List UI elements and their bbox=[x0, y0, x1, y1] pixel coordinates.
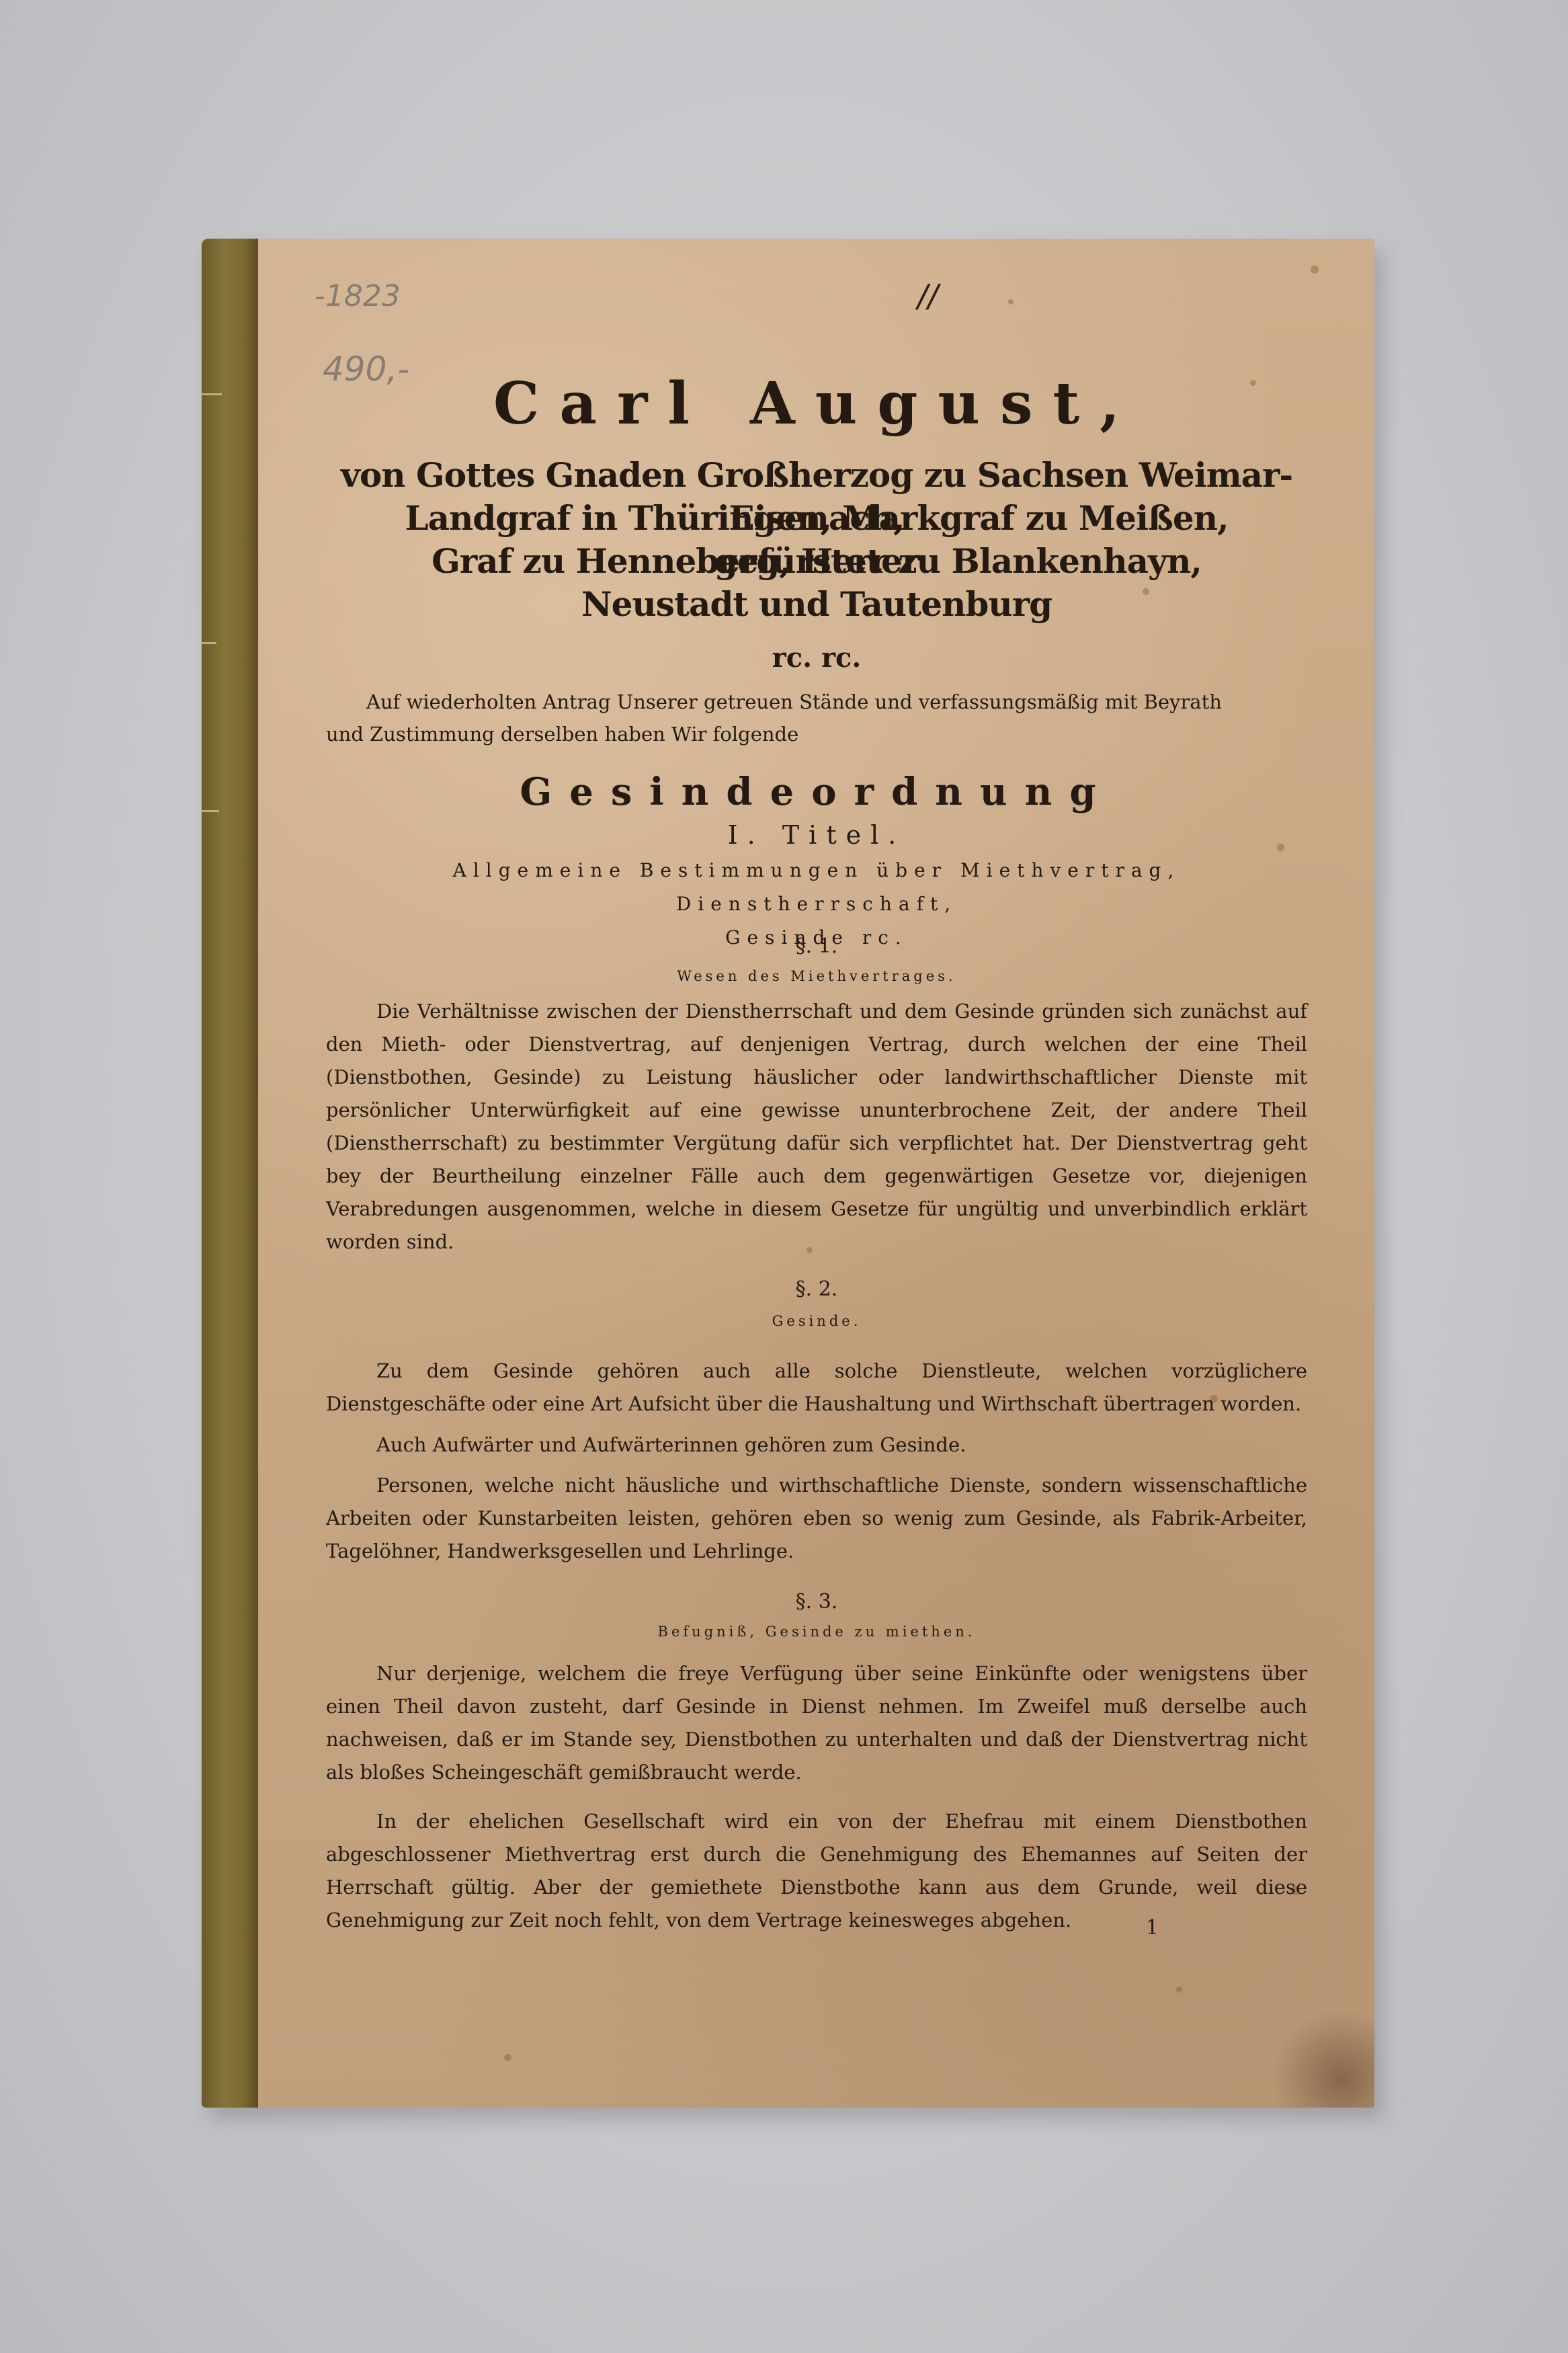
preamble: Auf wiederholten Antrag Unserer getreuen… bbox=[326, 686, 1307, 750]
section-3-heading: Befugniß, Gesinde zu miethen. bbox=[326, 1624, 1307, 1640]
etcetera-mark: rc. rc. bbox=[326, 642, 1307, 674]
foxing-spot bbox=[1008, 299, 1014, 305]
section-3-paragraph-1: Nur derjenige, welchem die freye Verfügu… bbox=[326, 1657, 1307, 1789]
pencil-year-note: -1823 bbox=[315, 279, 401, 313]
corner-stain bbox=[1267, 2013, 1374, 2108]
section-2-number: §. 2. bbox=[326, 1277, 1307, 1301]
preamble-line-1: Auf wiederholten Antrag Unserer getreuen… bbox=[326, 686, 1307, 718]
foxing-spot bbox=[1176, 1987, 1182, 1993]
section-1-heading: Wesen des Miethvertrages. bbox=[326, 968, 1307, 984]
section-1-number: §. 1. bbox=[326, 934, 1307, 958]
page-number: 1 bbox=[1146, 1916, 1159, 1940]
document-title: Gesindeordnung bbox=[326, 770, 1307, 814]
foxing-spot bbox=[1311, 266, 1319, 274]
chapter-heading-line-1: Allgemeine Bestimmungen über Miethvertra… bbox=[326, 854, 1307, 921]
section-2-heading: Gesinde. bbox=[326, 1313, 1307, 1329]
foxing-spot bbox=[504, 2054, 511, 2061]
binding-spine bbox=[202, 239, 258, 2108]
section-3-paragraph-2: In der ehelichen Gesellschaft wird ein v… bbox=[326, 1805, 1307, 1937]
ruler-title-line-3: Graf zu Henneberg, Herr zu Blankenhayn, bbox=[326, 540, 1307, 583]
section-2-paragraph-2: Auch Aufwärter und Aufwärterinnen gehöre… bbox=[326, 1429, 1307, 1462]
document-page: -1823 490,- // Carl August, von Gottes G… bbox=[202, 239, 1374, 2108]
ink-mark: // bbox=[917, 278, 938, 314]
section-2-paragraph-3: Personen, welche nicht häusliche und wir… bbox=[326, 1469, 1307, 1568]
preamble-line-2: und Zustimmung derselben haben Wir folge… bbox=[326, 718, 1307, 750]
section-3-number: §. 3. bbox=[326, 1590, 1307, 1613]
ruler-title-line-4: Neustadt und Tautenburg bbox=[326, 583, 1307, 626]
chapter-number: I. Titel. bbox=[326, 820, 1307, 850]
section-1-paragraph-1: Die Verhältnisse zwischen der Dienstherr… bbox=[326, 995, 1307, 1259]
spine-tear bbox=[202, 393, 222, 395]
section-2-paragraph-1: Zu dem Gesinde gehören auch alle solche … bbox=[326, 1355, 1307, 1421]
ruler-name: Carl August, bbox=[326, 370, 1307, 438]
spine-tear bbox=[202, 810, 219, 812]
spine-tear bbox=[202, 642, 216, 644]
